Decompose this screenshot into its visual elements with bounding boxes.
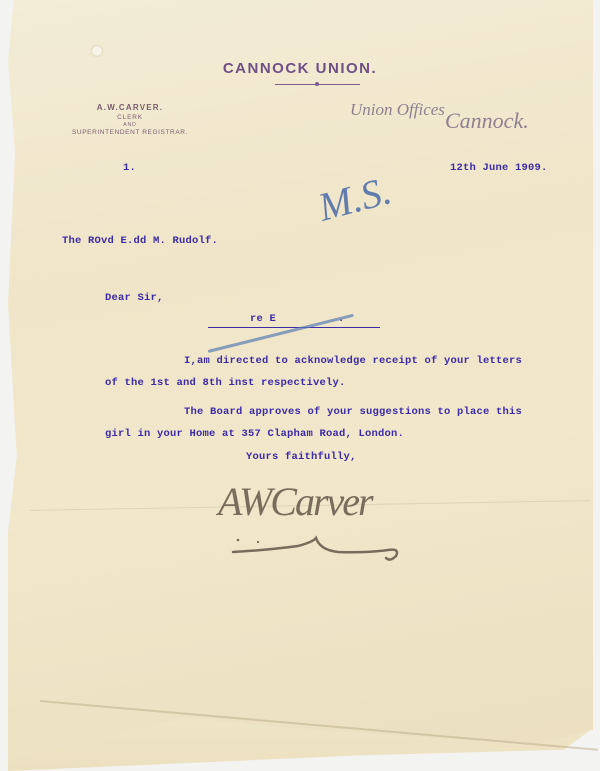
clerk-role: CLERK (60, 114, 200, 121)
letterhead-title: CANNOCK UNION. (0, 60, 600, 77)
paragraph1-line1: I,am directed to acknowledge receipt of … (184, 355, 522, 367)
addressee: The ROvd E.dd M. Rudolf. (62, 235, 218, 247)
paragraph2-line2: girl in your Home at 357 Clapham Road, L… (105, 428, 404, 440)
office-line2: Cannock. (445, 108, 590, 134)
reference-number: 1. (123, 162, 136, 174)
pin-hole-mark (92, 46, 102, 56)
subject: re E (250, 313, 276, 325)
closing: Yours faithfully, (246, 451, 357, 463)
salutation: Dear Sir, (105, 292, 164, 304)
signature-flourish-icon (228, 532, 408, 562)
clerk-registrar: SUPERINTENDENT REGISTRAR. (60, 129, 200, 136)
office-line1: Union Offices (350, 100, 445, 119)
letter-date: 12th June 1909. (450, 162, 548, 174)
paragraph2-line1: The Board approves of your suggestions t… (184, 406, 522, 418)
clerk-name: A.W.CARVER. (60, 103, 200, 112)
paragraph1-line2: of the 1st and 8th inst respectively. (105, 377, 346, 389)
subject-underline (208, 314, 380, 328)
office-address-script: Union Offices Cannock. (350, 100, 590, 134)
signature: AWCarver (218, 478, 372, 525)
clerk-and: AND (60, 122, 200, 128)
title-ornament-rule (275, 84, 360, 85)
clerk-block: A.W.CARVER. CLERK AND SUPERINTENDENT REG… (60, 103, 200, 136)
